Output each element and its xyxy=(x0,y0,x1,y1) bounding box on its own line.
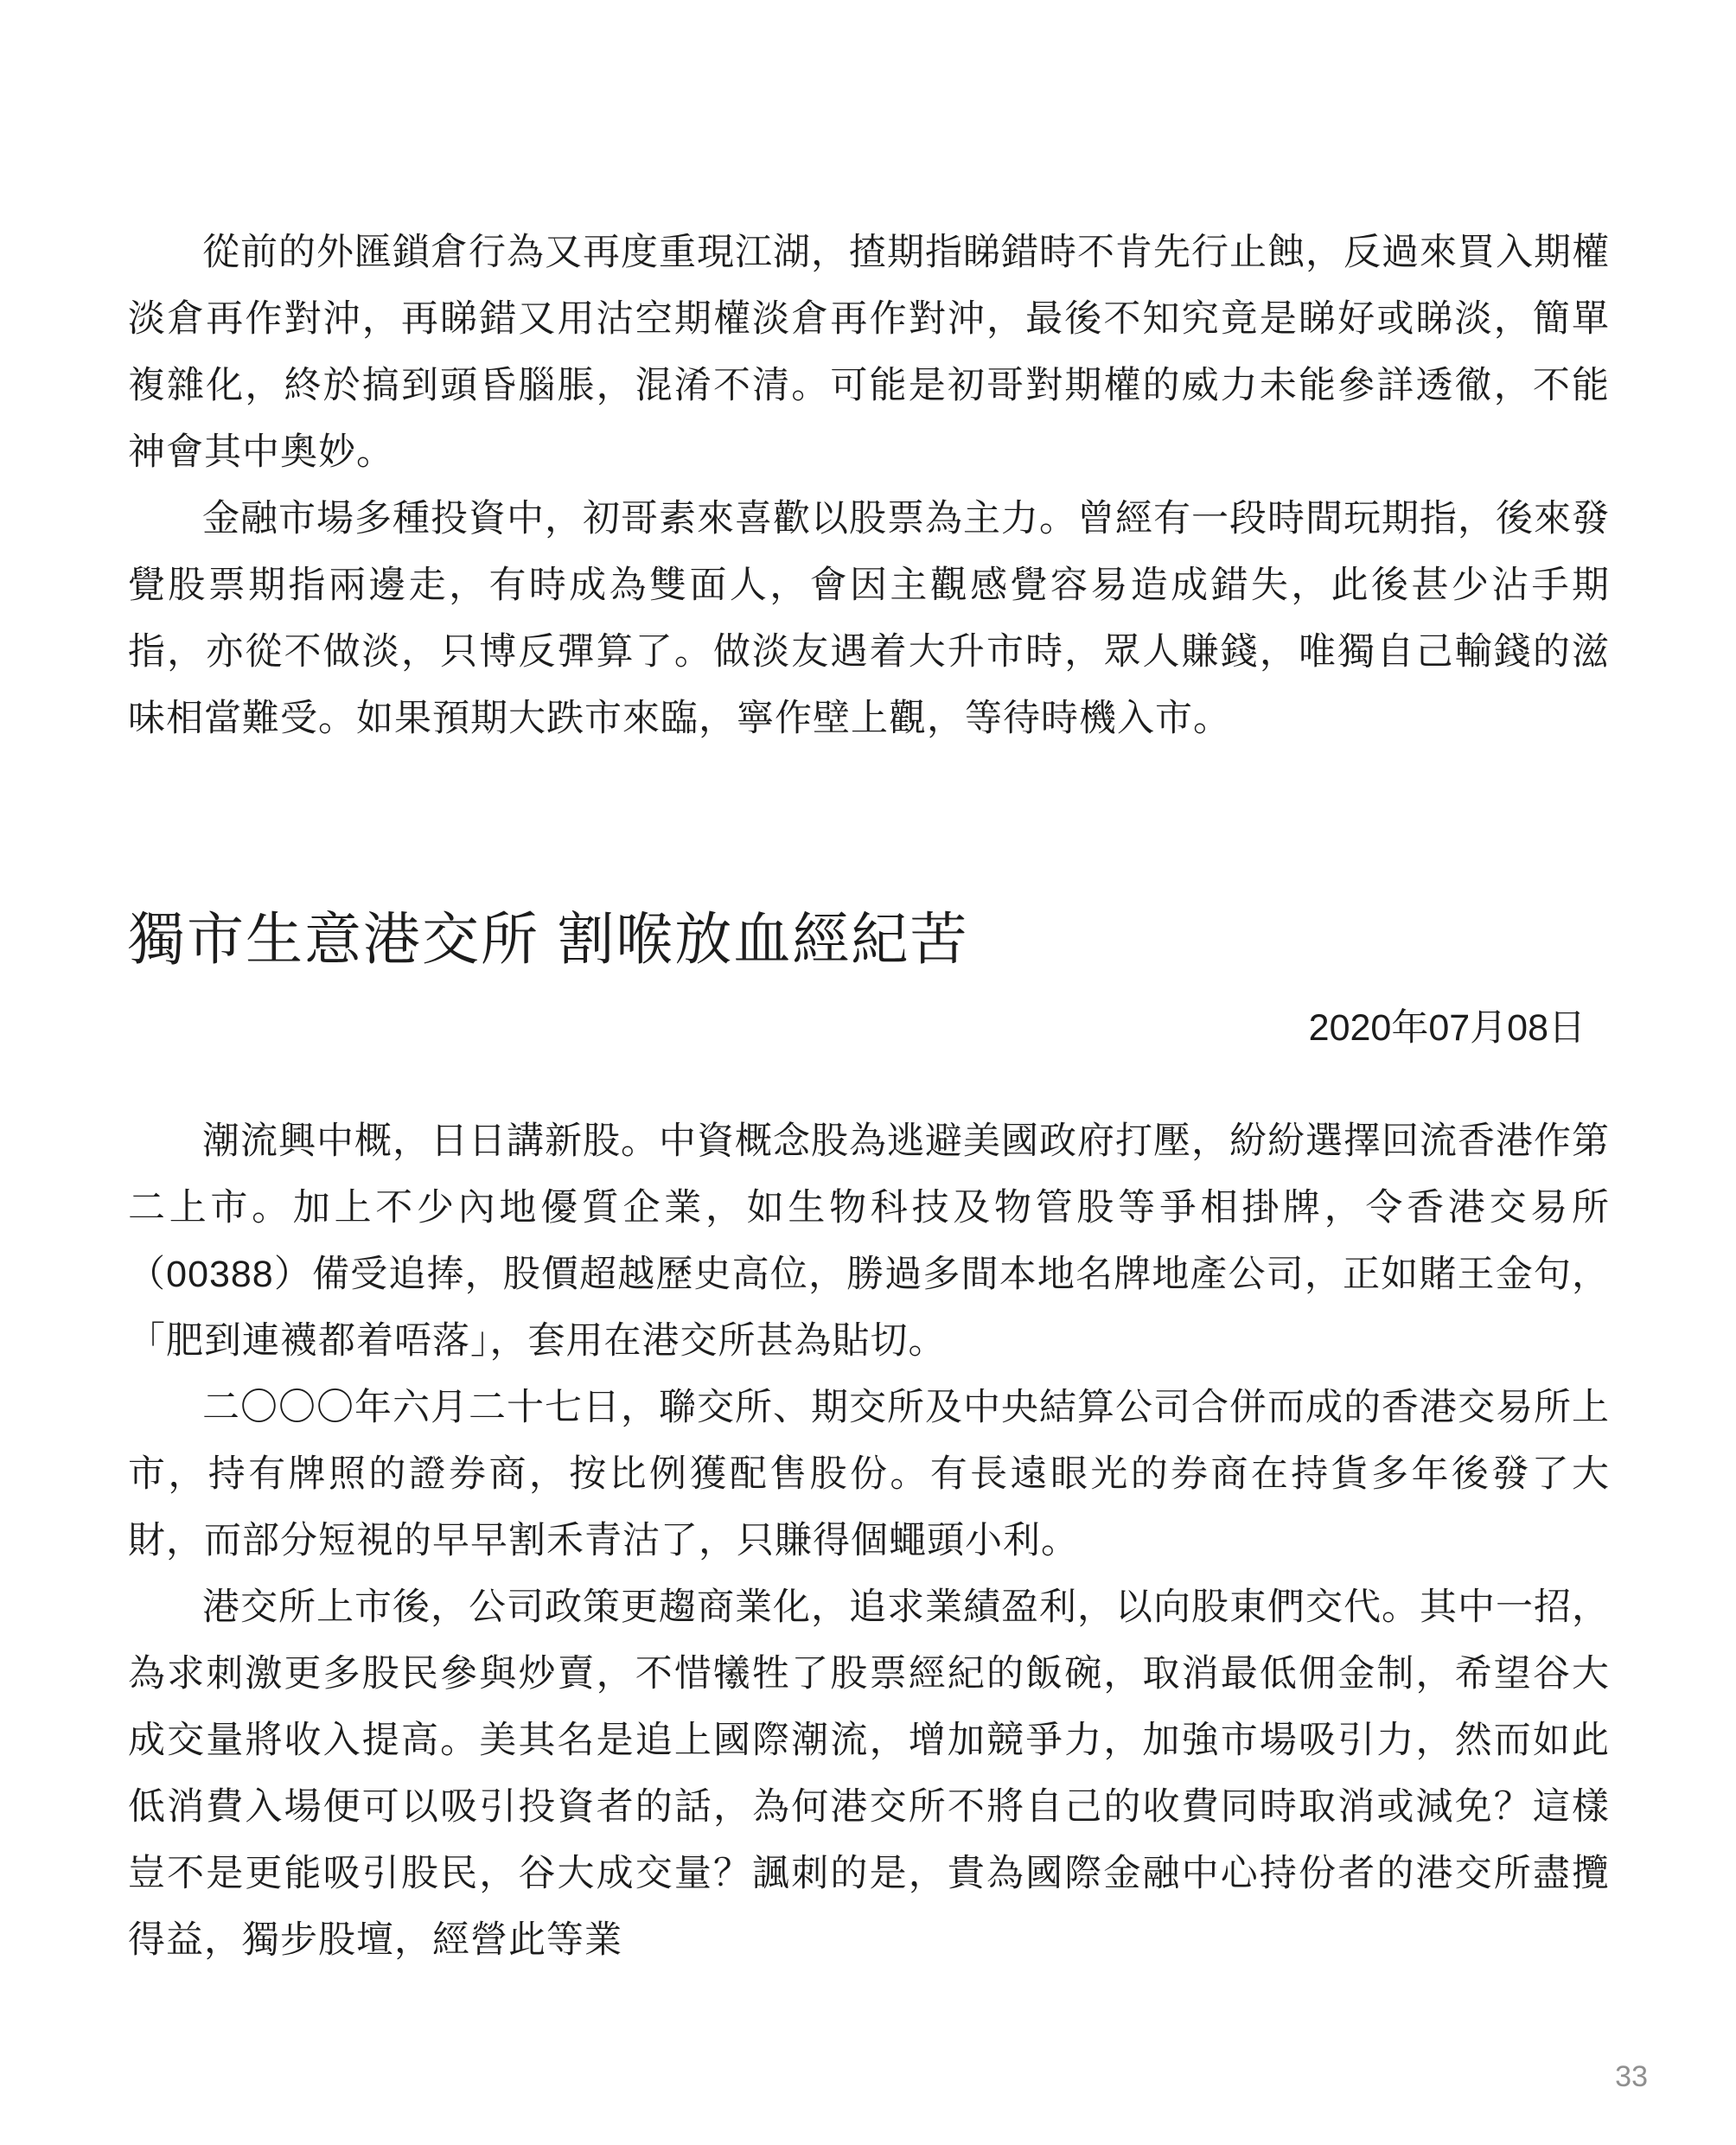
article-date: 2020年07月08日 xyxy=(128,1001,1610,1055)
article-paragraph-3: 港交所上市後，公司政策更趨商業化，追求業績盈利，以向股東們交代。其中一招，為求刺… xyxy=(128,1574,1610,1974)
article-paragraph-2: 二〇〇〇年六月二十七日，聯交所、期交所及中央結算公司合併而成的香港交易所上市，持… xyxy=(128,1375,1610,1574)
document-page: 從前的外匯鎖倉行為又再度重現江湖，揸期指睇錯時不肯先行止蝕，反過來買入期權淡倉再… xyxy=(0,0,1736,2145)
intro-paragraph-2: 金融市場多種投資中，初哥素來喜歡以股票為主力。曾經有一段時間玩期指，後來發覺股票… xyxy=(128,486,1610,752)
article-paragraph-1: 潮流興中概，日日講新股。中資概念股為逃避美國政府打壓，紛紛選擇回流香港作第二上市… xyxy=(128,1108,1610,1375)
page-number: 33 xyxy=(1615,2059,1648,2094)
intro-section: 從前的外匯鎖倉行為又再度重現江湖，揸期指睇錯時不肯先行止蝕，反過來買入期權淡倉再… xyxy=(128,220,1610,752)
article-body: 潮流興中概，日日講新股。中資概念股為逃避美國政府打壓，紛紛選擇回流香港作第二上市… xyxy=(128,1108,1610,1974)
intro-paragraph-1: 從前的外匯鎖倉行為又再度重現江湖，揸期指睇錯時不肯先行止蝕，反過來買入期權淡倉再… xyxy=(128,220,1610,486)
article-title: 獨市生意港交所 割喉放血經紀苦 xyxy=(128,899,1610,979)
